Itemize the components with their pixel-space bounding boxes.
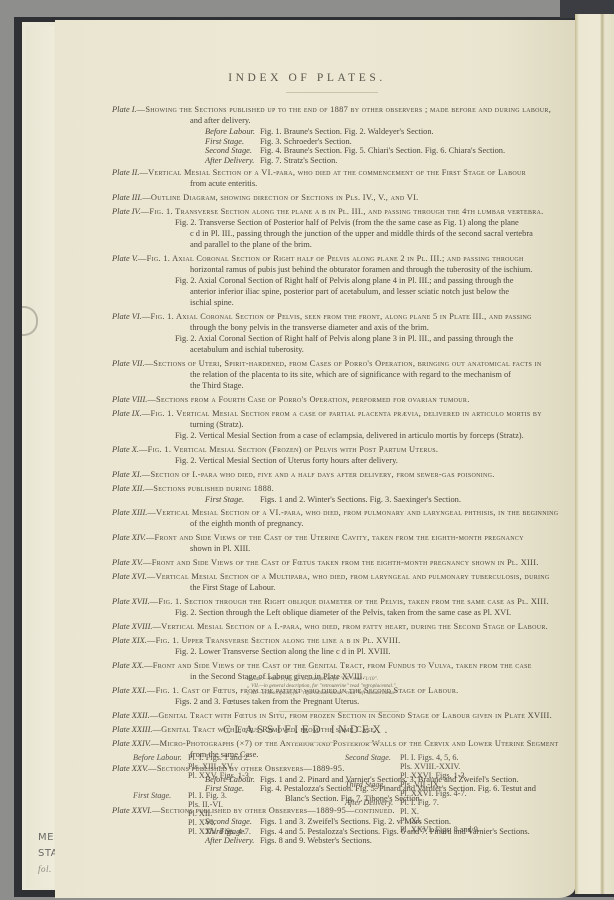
plate-description: —Fig. 1. Transverse Section along the pl… [141, 207, 544, 216]
plate-label: Plate I. [112, 105, 137, 114]
plate-description-line: of the eighth month of pregnancy. [190, 518, 303, 529]
plate-description-line: from acute enteritis. [190, 178, 257, 189]
classified-stage-label: Second Stage. [345, 752, 391, 764]
plate-entry: Plate II.—Vertical Mesial Section of a V… [112, 167, 526, 178]
plate-label: Plate VII. [112, 359, 145, 368]
plate-description: —Vertical Mesial Section of a Multipara,… [147, 572, 550, 581]
plate-description: —Micro-Photographs (×7) of the Anterior … [151, 739, 559, 748]
plate-entry: Plate I.—Showing the Sections published … [112, 104, 551, 115]
plate-label: Plate XVIII. [112, 622, 152, 631]
stage-row: First Stage.Figs. 1 and 2. Winter's Sect… [205, 494, 461, 505]
plate-description: —Fig. 1. Axial Coronal Section of Right … [138, 254, 524, 263]
classified-plate-ref: Pl. XXV. Figs. 4-7. [188, 826, 251, 838]
plate-description: —Sections from a Fourth Case of Porro's … [147, 395, 469, 404]
plate-label: Plate II. [112, 168, 139, 177]
plate-entry: Plate XIX.—Fig. 1. Upper Transverse Sect… [112, 635, 401, 646]
plate-entry: Plate VII.—Sections of Uteri, Spirit-har… [112, 358, 541, 369]
plate-description-line: the First Stage of Labour. [190, 582, 275, 593]
plate-entry: Plate XIV.—Front and Side Views of the C… [112, 532, 524, 543]
plate-label: Plate IX. [112, 409, 142, 418]
plate-description-line: the Third Stage. [190, 380, 244, 391]
plate-description: —Sections published during 1888. [145, 484, 274, 493]
plate-description-line: Fig. 2. Lower Transverse Section along t… [175, 646, 390, 657]
plate-description: —Fig. 1. Axial Coronal Section of Pelvis… [142, 312, 532, 321]
plate-description: —Fig. 1. Upper Transverse Section along … [147, 636, 401, 645]
plate-description: —Vertical Mesial Section of a I.-para, w… [152, 622, 548, 631]
plate-entry: Plate XVIII.—Vertical Mesial Section of … [112, 621, 548, 632]
classified-stage-label: Third Stage. [345, 779, 385, 791]
title-rule [286, 92, 378, 93]
plate-label: Plate XVII. [112, 597, 150, 606]
plate-entry: Plate XII.—Sections published during 188… [112, 483, 274, 494]
plate-description: —Fig. 1. Section through the Right obliq… [150, 597, 549, 606]
classified-index-title: CLASSIFIED INDEX. [0, 724, 614, 736]
classified-rule [291, 742, 381, 743]
plate-label: Plate X. [112, 445, 139, 454]
plate-description-line: Fig. 2. Transverse Section of Posterior … [175, 217, 519, 228]
plate-label: Plate XXIV. [112, 739, 151, 748]
plate-description: —Fig. 1. Vertical Mesial Section from a … [142, 409, 542, 418]
plate-description: —Showing the Sections published up to th… [137, 105, 551, 114]
plate-entry: Plate XVI.—Vertical Mesial Section of a … [112, 571, 550, 582]
classified-stage-label: After Delivery. [345, 797, 393, 809]
plate-label: Plate XIX. [112, 636, 147, 645]
section-rule [279, 711, 399, 712]
plate-label: Plate XXV. [112, 764, 148, 773]
flyleaf-inner [26, 26, 54, 888]
plate-description: —Fig. 1. Vertical Mesial Section (Frozen… [139, 445, 438, 454]
plate-label: Plate XI. [112, 470, 142, 479]
plate-description: —Sections of Uteri, Spirit-hardened, fro… [145, 359, 542, 368]
plate-description-line: the relation of the placenta to its site… [190, 369, 511, 380]
plate-description-line: c d in Pl. III., passing through the jun… [190, 228, 533, 239]
plate-description: —Front and Side Views of the Cast of the… [144, 661, 532, 670]
plate-entry: Plate VI.—Fig. 1. Axial Coronal Section … [112, 311, 532, 322]
plate-description-line: Fig. 2. Section through the Left oblique… [175, 607, 511, 618]
plate-description-line: anterior inferior iliac spine, posterior… [190, 286, 509, 297]
errata-line-3: „ XI.—in description, for "right labium … [247, 690, 397, 697]
plate-description: —Section of I.-para who died, five and a… [142, 470, 495, 479]
classified-plate-ref: Pl. XXVI. Figs. 8 and 9. [400, 824, 480, 836]
plate-label: Plate V. [112, 254, 138, 263]
plate-description: —Vertical Mesial Section of a VI.-para, … [147, 508, 558, 517]
plate-entry: Plate X.—Fig. 1. Vertical Mesial Section… [112, 444, 438, 455]
plate-entry: Plate IV.—Fig. 1. Transverse Section alo… [112, 206, 544, 217]
plate-entry: Plate XV.—Front and Side Views of the Ca… [112, 557, 539, 568]
plate-label: Plate XX. [112, 661, 144, 670]
plate-description: —Vertical Mesial Section of a VI.-para, … [139, 168, 526, 177]
plate-description-line: turning (Stratz). [190, 419, 244, 430]
plate-description-line: horizontal ramus of pubis just behind th… [190, 264, 532, 275]
plate-description-line: Fig. 2. Vertical Mesial Section from a c… [175, 430, 524, 441]
plate-description-line: Fig. 2. Axial Coronal Section of Right h… [175, 275, 513, 286]
plate-label: Plate XXVI. [112, 806, 152, 815]
plate-label: Plate XVI. [112, 572, 147, 581]
plate-label: Plate XXI. [112, 686, 147, 695]
plate-entry: Plate XIII.—Vertical Mesial Section of a… [112, 507, 558, 518]
plate-entry: Plate III.—Outline Diagram, showing dire… [112, 192, 419, 203]
plate-description-line: ischial spine. [190, 297, 234, 308]
plate-description: —Front and Side Views of the Cast of Fœt… [143, 558, 539, 567]
plate-description: —Front and Side Views of the Cast of the… [146, 533, 524, 542]
plate-description-line: through the bony pelvis in the transvers… [190, 322, 429, 333]
plate-label: Plate XIII. [112, 508, 147, 517]
stage-label: After Delivery. [205, 155, 260, 166]
plate-label: Plate XIV. [112, 533, 146, 542]
plate-entry: Plate XXIV.—Micro-Photographs (×7) of th… [112, 738, 559, 749]
plate-description-line: Fig. 2. Axial Coronal Section of Right h… [175, 333, 513, 344]
library-stamp-line-3: fol. [38, 864, 52, 874]
plate-description-line: and after delivery. [190, 115, 251, 126]
plate-description-line: acetabulum and ischial tuberosity. [190, 344, 304, 355]
plate-label: Plate XV. [112, 558, 143, 567]
plate-description-line: shown in Pl. XIII. [190, 543, 250, 554]
plate-label: Plate VI. [112, 312, 142, 321]
plate-entry: Plate IX.—Fig. 1. Vertical Mesial Sectio… [112, 408, 542, 419]
plate-description: —Outline Diagram, showing direction of S… [142, 193, 418, 202]
next-page-edge [575, 14, 614, 894]
plate-entry: Plate VIII.—Sections from a Fourth Case … [112, 394, 470, 405]
plate-entry: Plate XI.—Section of I.-para who died, f… [112, 469, 495, 480]
plate-label: Plate XII. [112, 484, 145, 493]
plate-label: Plate VIII. [112, 395, 147, 404]
classified-stage-label: First Stage. [133, 790, 171, 802]
plate-description-line: Fig. 2. Vertical Mesial Section of Uteru… [175, 455, 398, 466]
stage-label: First Stage. [205, 494, 260, 505]
classified-plate-ref: Pl. XXV. Figs. 1-3. [188, 770, 251, 782]
plate-entry: Plate XX.—Front and Side Views of the Ca… [112, 660, 532, 671]
plate-entry: Plate V.—Fig. 1. Axial Coronal Section o… [112, 253, 524, 264]
classified-stage-label: Before Labour. [133, 752, 182, 764]
stage-figures: Figs. 1 and 2. Winter's Sections. Fig. 3… [260, 495, 461, 504]
plate-description-line: and parallel to the plane of the brim. [190, 239, 312, 250]
stage-figures: Figs. 8 and 9. Webster's Sections. [260, 836, 372, 845]
page-title: INDEX OF PLATES. [0, 72, 614, 84]
plate-label: Plate IV. [112, 207, 141, 216]
plate-label: Plate XXII. [112, 711, 150, 720]
stage-figures: Fig. 7. Stratz's Section. [260, 156, 337, 165]
plate-entry: Plate XVII.—Fig. 1. Section through the … [112, 596, 549, 607]
plate-label: Plate III. [112, 193, 142, 202]
stage-row: After Delivery.Fig. 7. Stratz's Section. [205, 155, 337, 166]
